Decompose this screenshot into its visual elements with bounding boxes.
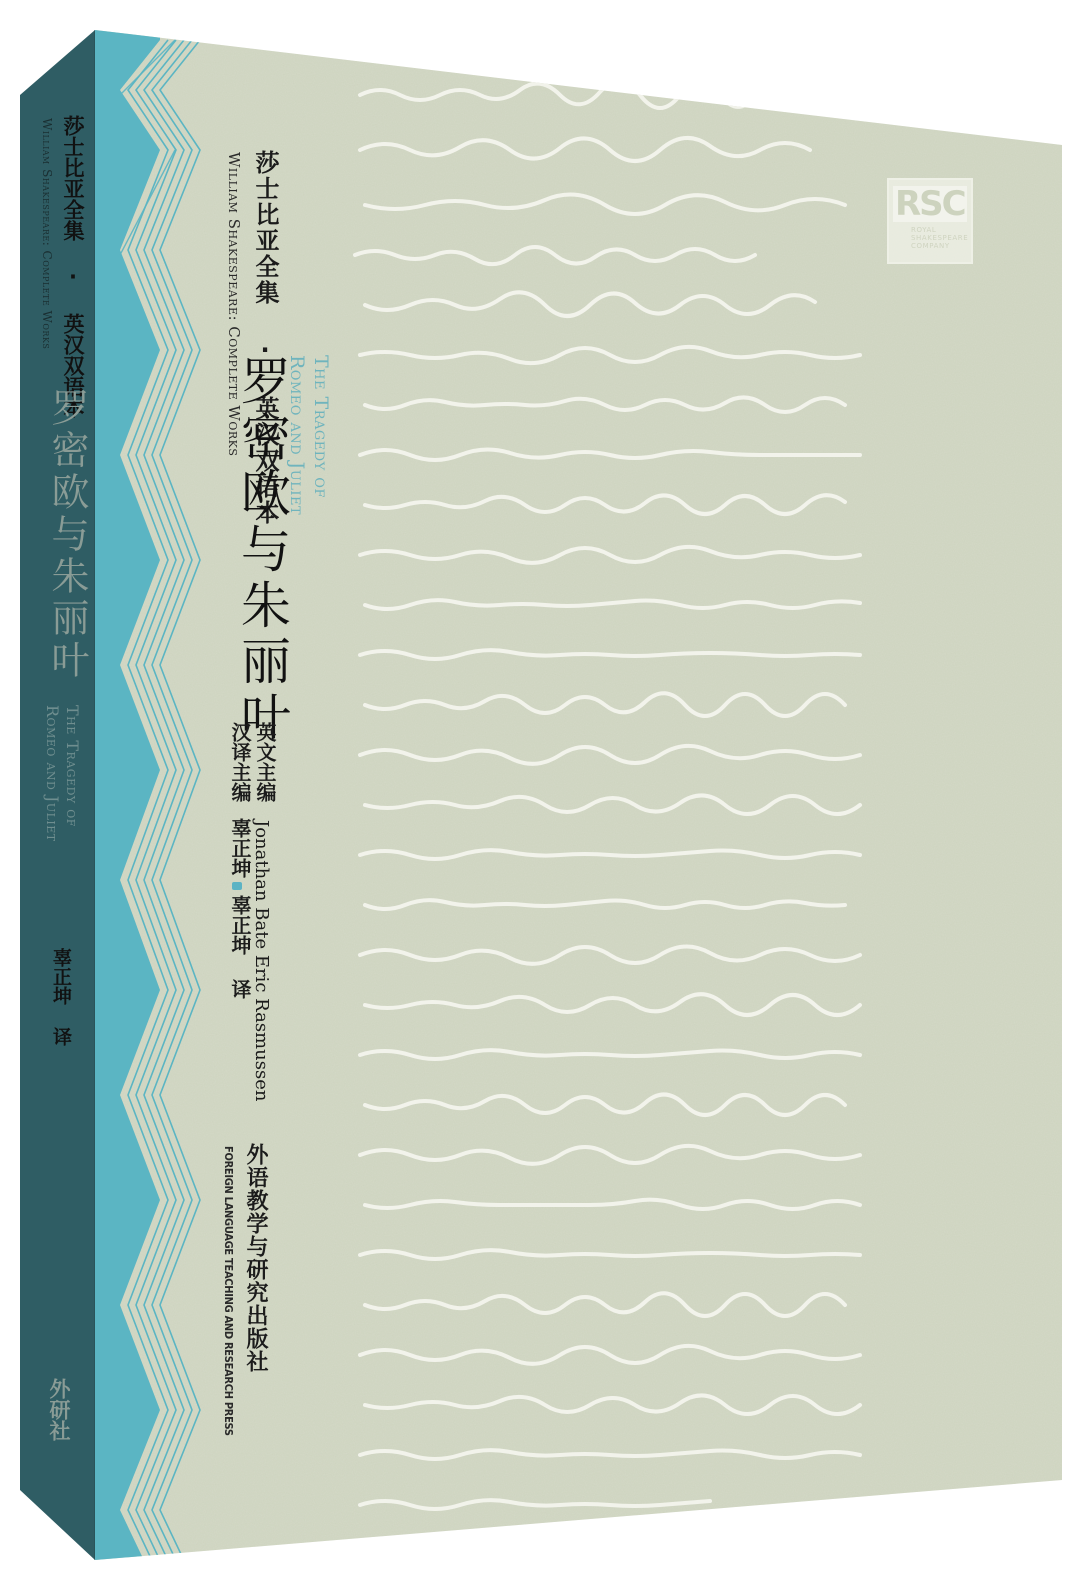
- rsc-logo: RSC ROYAL SHAKESPEARE COMPANY: [887, 178, 973, 264]
- chinese-editor-name: 辜正坤: [226, 818, 255, 878]
- spine-book-title-zh: 罗密欧与朱丽叶: [40, 388, 95, 682]
- spine-book-title-en: The Tragedy of Romeo and Juliet: [42, 705, 82, 842]
- rsc-wordmark: ROYAL SHAKESPEARE COMPANY: [911, 226, 968, 250]
- spine-publisher-logo-text: 外研社: [44, 1378, 74, 1441]
- chinese-editor-label: 汉译主编: [226, 722, 255, 802]
- english-editor-label: 英文主编: [251, 722, 280, 802]
- publisher-name-en: FOREIGN LANGUAGE TEACHING AND RESEARCH P…: [222, 1146, 235, 1436]
- ornament-mark: [232, 882, 242, 890]
- spine-translator-credit: 辜正坤 译: [48, 948, 75, 1046]
- translator-credit: 辜正坤 译: [226, 895, 255, 999]
- spine-series-title-en: William Shakespeare: Complete Works: [40, 118, 54, 349]
- publisher-name-zh: 外语教学与研究出版社: [240, 1143, 271, 1373]
- book-title-en: The Tragedy of Romeo and Juliet: [285, 355, 333, 515]
- rsc-mark: RSC: [893, 186, 967, 222]
- book-cover-image: RSC ROYAL SHAKESPEARE COMPANY 莎士比亚全集 · 英…: [0, 0, 1080, 1594]
- spine-series-title-zh: 莎士比亚全集 · 英汉双语本: [58, 115, 88, 418]
